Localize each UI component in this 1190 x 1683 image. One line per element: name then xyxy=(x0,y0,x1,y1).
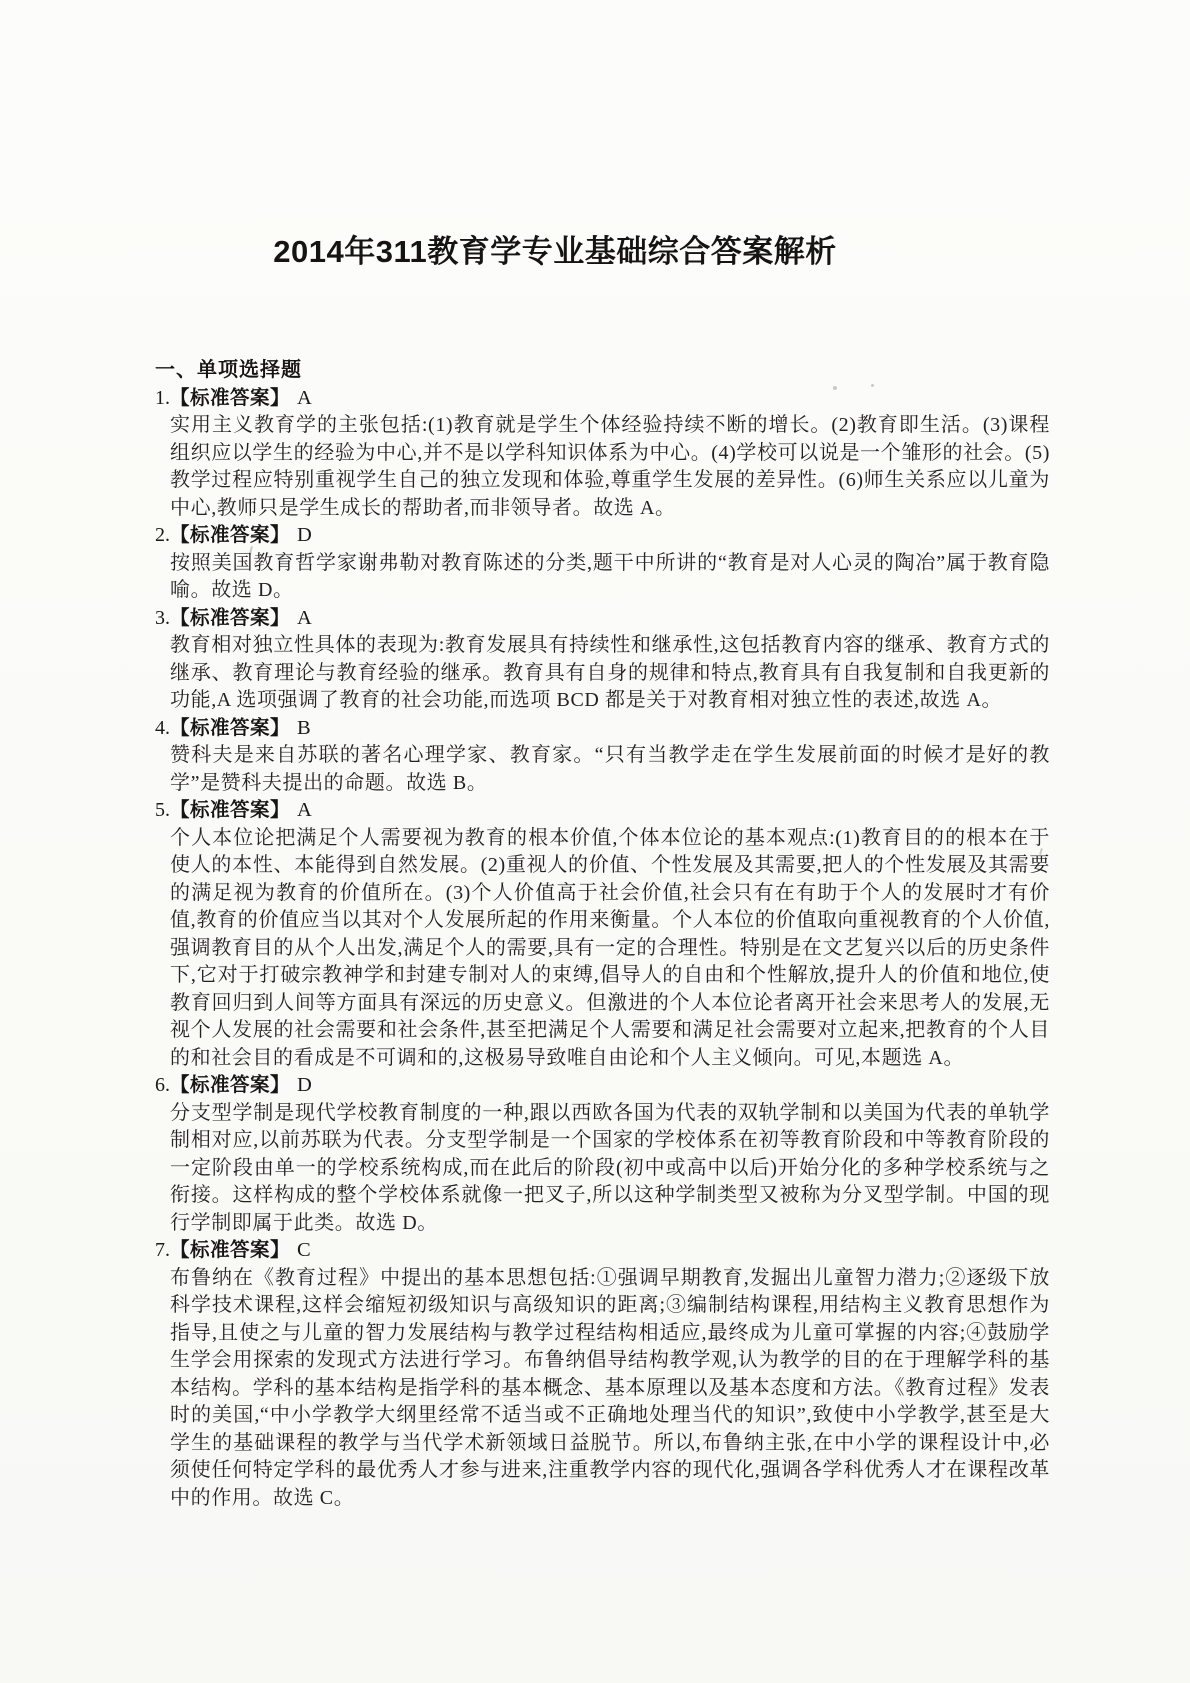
scanned-document-page: 2014年311教育学专业基础综合答案解析 一、单项选择题 1.【标准答案】A … xyxy=(0,0,1190,1683)
question-number: 6. xyxy=(155,1074,170,1096)
answer-letter: A xyxy=(297,799,312,821)
answer-item-3: 3.【标准答案】A 教育相对独立性具体的表现为:教育发展具有持续性和继承性,这包… xyxy=(155,605,1050,715)
answer-letter: C xyxy=(297,1239,311,1261)
answer-item-1: 1.【标准答案】A 实用主义教育学的主张包括:(1)教育就是学生个体经验持续不断… xyxy=(155,385,1050,523)
answer-letter: B xyxy=(297,717,311,739)
answer-item-2: 2.【标准答案】D 按照美国教育哲学家谢弗勒对教育陈述的分类,题干中所讲的“教育… xyxy=(155,522,1050,605)
answer-letter: A xyxy=(297,387,312,409)
answer-letter: D xyxy=(297,1074,312,1096)
standard-answer-label: 【标准答案】 xyxy=(170,524,290,546)
standard-answer-label: 【标准答案】 xyxy=(170,799,290,821)
answer-item-head: 5.【标准答案】A xyxy=(155,797,1050,825)
answer-explanation: 分支型学制是现代学校教育制度的一种,跟以西欧各国为代表的双轨学制和以美国为代表的… xyxy=(170,1100,1050,1238)
standard-answer-label: 【标准答案】 xyxy=(170,607,290,629)
question-number: 2. xyxy=(155,524,170,546)
answer-explanation: 个人本位论把满足个人需要视为教育的根本价值,个体本位论的基本观点:(1)教育目的… xyxy=(170,825,1050,1073)
standard-answer-label: 【标准答案】 xyxy=(170,387,290,409)
answer-explanation: 布鲁纳在《教育过程》中提出的基本思想包括:①强调早期教育,发掘出儿童智力潜力;②… xyxy=(170,1265,1050,1513)
answer-explanation: 按照美国教育哲学家谢弗勒对教育陈述的分类,题干中所讲的“教育是对人心灵的陶冶”属… xyxy=(170,550,1050,605)
scan-artifact xyxy=(833,386,837,390)
answer-letter: D xyxy=(297,524,312,546)
answer-item-6: 6.【标准答案】D 分支型学制是现代学校教育制度的一种,跟以西欧各国为代表的双轨… xyxy=(155,1072,1050,1237)
question-number: 4. xyxy=(155,717,170,739)
answer-explanation: 实用主义教育学的主张包括:(1)教育就是学生个体经验持续不断的增长。(2)教育即… xyxy=(170,412,1050,522)
answer-explanation: 赞科夫是来自苏联的著名心理学家、教育家。“只有当教学走在学生发展前面的时候才是好… xyxy=(170,742,1050,797)
scan-artifact xyxy=(593,1338,596,1341)
scan-artifact xyxy=(928,700,931,703)
answer-item-head: 4.【标准答案】B xyxy=(155,715,1050,743)
section-header: 一、单项选择题 xyxy=(155,357,1050,385)
answer-letter: A xyxy=(297,607,312,629)
standard-answer-label: 【标准答案】 xyxy=(170,717,290,739)
answer-item-7: 7.【标准答案】C 布鲁纳在《教育过程》中提出的基本思想包括:①强调早期教育,发… xyxy=(155,1237,1050,1512)
question-number: 5. xyxy=(155,799,170,821)
answer-item-head: 3.【标准答案】A xyxy=(155,605,1050,633)
question-number: 3. xyxy=(155,607,170,629)
standard-answer-label: 【标准答案】 xyxy=(170,1074,290,1096)
answer-item-head: 7.【标准答案】C xyxy=(155,1237,1050,1265)
scan-artifact xyxy=(871,384,874,387)
answer-item-head: 6.【标准答案】D xyxy=(155,1072,1050,1100)
question-number: 1. xyxy=(155,387,170,409)
document-body: 一、单项选择题 1.【标准答案】A 实用主义教育学的主张包括:(1)教育就是学生… xyxy=(155,357,1050,1512)
answer-item-head: 2.【标准答案】D xyxy=(155,522,1050,550)
question-number: 7. xyxy=(155,1239,170,1261)
standard-answer-label: 【标准答案】 xyxy=(170,1239,290,1261)
answer-explanation: 教育相对独立性具体的表现为:教育发展具有持续性和继承性,这包括教育内容的继承、教… xyxy=(170,632,1050,715)
answer-item-5: 5.【标准答案】A 个人本位论把满足个人需要视为教育的根本价值,个体本位论的基本… xyxy=(155,797,1050,1072)
answer-item-4: 4.【标准答案】B 赞科夫是来自苏联的著名心理学家、教育家。“只有当教学走在学生… xyxy=(155,715,1050,798)
answer-item-head: 1.【标准答案】A xyxy=(155,385,1050,413)
page-title: 2014年311教育学专业基础综合答案解析 xyxy=(0,228,1110,276)
